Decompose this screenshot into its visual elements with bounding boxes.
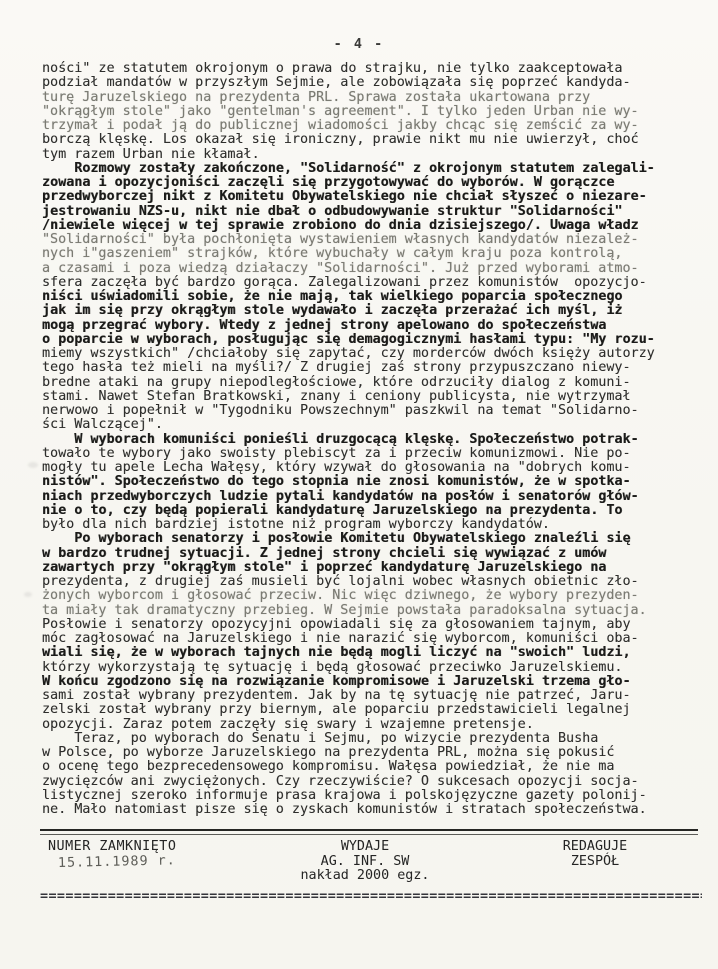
- body-line: o poparcie w wyborach, posługując się de…: [42, 333, 696, 347]
- body-line: a czasami i poza wiedzą działaczy "Solid…: [42, 262, 696, 276]
- body-line: opozycji. Zaraz potem zaczęły się swary …: [42, 718, 696, 732]
- footer-issue-closed: NUMER ZAMKNIĘTO 15.11.1989 r.: [48, 840, 176, 871]
- footer-editors: REDAGUJE ZESPÓŁ: [520, 840, 670, 869]
- body-line: stami. Nawet Stefan Bratkowski, znany i …: [42, 390, 696, 404]
- body-line: zwycięzców ani zwyciężonych. Czy rzeczyw…: [42, 775, 696, 789]
- body-line: przedwyborczej nikt z Komitetu Obywatels…: [42, 190, 696, 204]
- body-line: Po wyborach senatorzy i posłowie Komitet…: [42, 532, 696, 546]
- body-line: którzy wykorzystają tę sytuację i będą g…: [42, 661, 696, 675]
- body-line: zelski został wybrany przy biernym, ale …: [42, 703, 696, 717]
- footer: NUMER ZAMKNIĘTO 15.11.1989 r. WYDAJE AG.…: [0, 840, 718, 890]
- issue-closed-date: 15.11.1989 r.: [58, 854, 177, 871]
- print-run: nakład 2000 egz.: [285, 869, 445, 884]
- body-line: jak im się przy okrągłym stole wydawało …: [42, 304, 696, 318]
- body-line: turę Jaruzelskiego na prezydenta PRL. Sp…: [42, 91, 696, 105]
- scanned-page: - 4 - ności" ze statutem okrojonym o pra…: [0, 0, 718, 969]
- body-line: listycznej szeroko informuje prasa krajo…: [42, 789, 696, 803]
- body-line: niach przedwyborczych ludzie pytali kand…: [42, 490, 696, 504]
- body-line: żonych wyborcom i głosować przeciw. Nic …: [42, 589, 696, 603]
- body-line: tego hasła też mieli na myśli?/ Z drugie…: [42, 361, 696, 375]
- body-line: o ocenę tego bezprecedensowego kompromis…: [42, 760, 696, 774]
- edited-label: REDAGUJE: [520, 840, 670, 855]
- body-line: nie o to, czy będą popierali kandydaturę…: [42, 504, 696, 518]
- body-line: mogą przegrać wybory. Wtedy z jednej str…: [42, 319, 696, 333]
- body-line: ne. Mało natomiast pisze się o zyskach k…: [42, 803, 696, 817]
- footer-publisher: WYDAJE AG. INF. SW nakład 2000 egz.: [285, 840, 445, 884]
- body-line: w bardzo trudnej sytuacji. Z jednej stro…: [42, 547, 696, 561]
- body-line: "okrągłym stole" jako "gentelman's agree…: [42, 105, 696, 119]
- body-line: Teraz, po wyborach do Senatu i Sejmu, po…: [42, 732, 696, 746]
- body-line: W wyborach komuniści ponieśli druzgocącą…: [42, 433, 696, 447]
- scan-smudge: [28, 462, 38, 468]
- body-line: Posłowie i senatorzy opozycyjni opowiada…: [42, 618, 696, 632]
- body-line: podział mandatów w przyszłym Sejmie, ale…: [42, 76, 696, 90]
- body-line: nych i"gaszeniem" strajków, które wybuch…: [42, 247, 696, 261]
- typed-equals-divider: ========================================…: [40, 889, 702, 904]
- body-line: nistów". Społeczeństwo do tego stopnia n…: [42, 475, 696, 489]
- publisher-label: WYDAJE: [285, 840, 445, 855]
- body-line: towało te wybory jako swoisty plebiscyt …: [42, 447, 696, 461]
- body-line: tym razem Urban nie kłamał.: [42, 148, 696, 162]
- body-line: ta miały tak dramatyczny przebieg. W Sej…: [42, 604, 696, 618]
- body-line: zawartych przy "okrągłym stole" i poprze…: [42, 561, 696, 575]
- page-number: - 4 -: [0, 36, 718, 52]
- body-line: W końcu zgodzono się na rozwiązanie komp…: [42, 675, 696, 689]
- body-line: Rozmowy zostały zakończone, "Solidarność…: [42, 162, 696, 176]
- issue-closed-label: NUMER ZAMKNIĘTO: [48, 840, 176, 855]
- body-line: /niewiele więcej w tej sprawie zrobiono …: [42, 219, 696, 233]
- body-line: sfera zaczęła być bardzo gorąca. Zalegal…: [42, 276, 696, 290]
- body-line: wiali się, że w wyborach tajnych nie będ…: [42, 646, 696, 660]
- footer-divider-line: [40, 829, 698, 835]
- body-line: w Polsce, po wyborze Jaruzelskiego na pr…: [42, 746, 696, 760]
- edited-value: ZESPÓŁ: [520, 855, 670, 870]
- scan-smudge: [24, 592, 32, 597]
- body-line: ści Walczącej".: [42, 418, 696, 432]
- body-line: bredne ataki na grupy niepodległościowe,…: [42, 376, 696, 390]
- article-body: ności" ze statutem okrojonym o prawa do …: [42, 62, 696, 817]
- body-line: jestrowaniu NZS-u, nikt nie dbał o odbud…: [42, 205, 696, 219]
- body-line: sami został wybrany prezydentem. Jak by …: [42, 689, 696, 703]
- publisher-name: AG. INF. SW: [285, 855, 445, 870]
- body-line: borczą klęskę. Los okazał się ironiczny,…: [42, 133, 696, 147]
